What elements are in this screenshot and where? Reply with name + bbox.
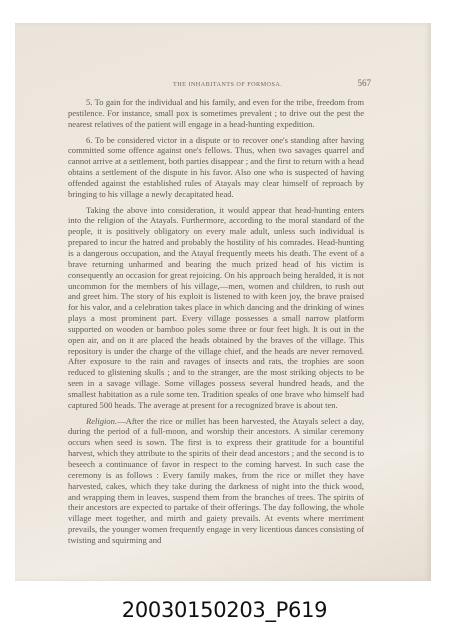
paragraph-item-6: 6. To be considered victor in a dispute … (68, 135, 364, 200)
scanned-book-page: THE INHABITANTS OF FORMOSA. 567 5. To ga… (15, 23, 431, 581)
running-title: THE INHABITANTS OF FORMOSA. (173, 81, 282, 88)
paragraph-head-hunting: Taking the above into consideration, it … (68, 205, 364, 411)
paragraph-text: Taking the above into consideration, it … (68, 205, 364, 410)
page-number: 567 (358, 78, 372, 88)
paragraph-text: 5. To gain for the individual and his fa… (68, 97, 364, 129)
scan-id-label: 20030150203_P619 (0, 598, 449, 622)
paragraph-text: —After the rice or millet has been harve… (68, 416, 364, 545)
running-head: THE INHABITANTS OF FORMOSA. 567 (87, 79, 369, 91)
paragraph-text: 6. To be considered victor in a dispute … (68, 135, 364, 199)
paragraph-religion: Religion.—After the rice or millet has b… (68, 416, 364, 546)
body-text: 5. To gain for the individual and his fa… (68, 97, 364, 546)
paragraph-item-5: 5. To gain for the individual and his fa… (68, 97, 364, 130)
section-lead-religion: Religion. (86, 416, 117, 426)
